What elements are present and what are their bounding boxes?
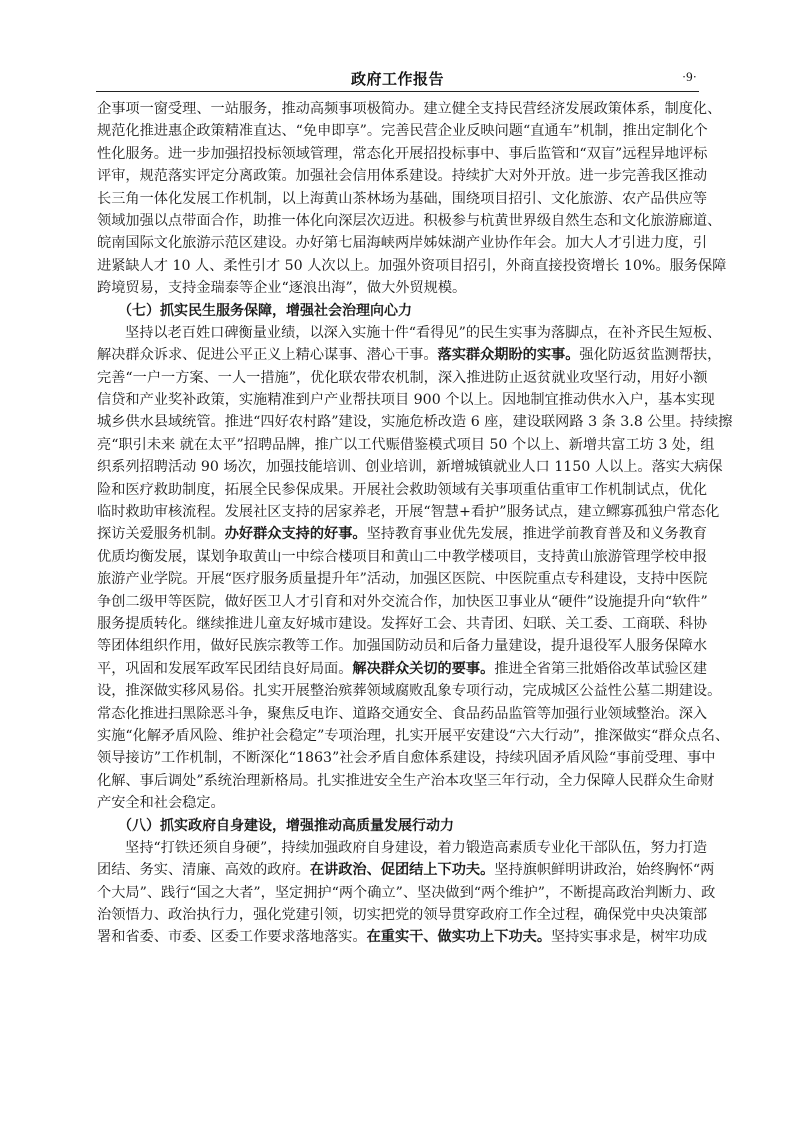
text-run: 坚持教育事业优先发展，推进学前教育普及和义务教育 <box>367 526 708 542</box>
body-text-line: 实施“化解矛盾风险、维护社会稳定”专项治理，扎实开展平安建设“六大行动”，推深做… <box>97 725 699 747</box>
text-run: 亮“职引未来 就在太平”招聘品牌，推广以工代赈借鉴模式项目 50 个以上、新增共… <box>97 437 714 453</box>
text-run: （七）抓实民生服务保障，增强社会治理向心力 <box>118 303 412 319</box>
body-text-line: 长三角一体化发展工作机制，以上海黄山茶林场为基础，围绕项目招引、文化旅游、农产品… <box>97 188 699 210</box>
header-title: 政府工作报告 <box>96 68 699 89</box>
text-run: 坚持旗帜鲜明讲政治，始终胸怀“两 <box>494 862 714 878</box>
text-run: 优质均衡发展，谋划争取黄山一中综合楼项目和黄山二中教学楼项目，支持黄山旅游管理学… <box>97 549 707 565</box>
text-run: 平，巩固和发展军政军民团结良好局面。 <box>97 661 352 677</box>
body-text-line: 领导接访”工作机制，不断深化“1863”社会矛盾自愈体系建设，持续巩固矛盾风险“… <box>97 747 699 769</box>
body-text-line: 署和省委、市委、区委工作要求落地落实。在重实干、做实功上下功夫。坚持实事求是，树… <box>97 926 699 948</box>
body-text-line: 规范化推进惠企政策精准直达、“免申即享”。完善民营企业反映问题“直通车”机制，推… <box>97 120 699 142</box>
emphasis-phrase: 在讲政治、促团结上下功夫。 <box>310 862 494 878</box>
body-text-line: 信贷和产业奖补政策，实施精准到户产业帮扶项目 900 个以上。因地制宜推动供水入… <box>97 389 699 411</box>
body-text-line: 险和医疗救助制度，拓展全民参保成果。开展社会救助领域有关事项重估重审工作机制试点… <box>97 479 699 501</box>
body-text-line: 设，推深做实移风易俗。扎实开展整治殡葬领域腐败乱象专项行动，完成城区公益性公墓二… <box>97 680 699 702</box>
body-text-line: 治领悟力、政治执行力，强化党建引领，切实把党的领导贯穿政府工作全过程，确保党中央… <box>97 904 699 926</box>
body-text-line: 优质均衡发展，谋划争取黄山一中综合楼项目和黄山二中教学楼项目，支持黄山旅游管理学… <box>97 546 699 568</box>
body-text-line: 产安全和社会稳定。 <box>97 792 699 814</box>
body-text-line: 跨境贸易，支持金瑞泰等企业“逐浪出海”，做大外贸规模。 <box>97 277 699 299</box>
text-run: 城乡供水县域统管。推进“四好农村路”建设，实施危桥改造 6 座，建设联网路 3 … <box>97 414 733 430</box>
text-run: 旅游产业学院。开展“医疗服务质量提升年”活动，加强区医院、中医院重点专科建设，支… <box>97 571 707 587</box>
body-text-line: 性化服务。进一步加强招投标领域管理，常态化开展招投标事中、事后监管和“双盲”远程… <box>97 143 699 165</box>
text-run: 服务提质转化。继续推进儿童友好城市建设。发挥好工会、共青团、妇联、关工委、工商联… <box>97 616 707 632</box>
text-run: 争创二级甲等医院，做好医卫人才引育和对外交流合作，加快医卫事业从“硬件”设施提升… <box>97 594 708 610</box>
emphasis-phrase: 在重实干、做实功上下功夫。 <box>367 929 551 945</box>
body-text-line: 评审，规范落实评定分离政策。加强社会信用体系建设。持续扩大对外开放。进一步完善我… <box>97 165 699 187</box>
body-text-line: 个大局”、践行“国之大者”，坚定拥护“两个确立”、坚决做到“两个维护”，不断提高… <box>97 882 699 904</box>
text-run: 长三角一体化发展工作机制，以上海黄山茶林场为基础，围绕项目招引、文化旅游、农产品… <box>97 191 707 207</box>
text-run: 团结、务实、清廉、高效的政府。 <box>97 862 310 878</box>
text-run: 皖南国际文化旅游示范区建设。办好第七届海峡两岸姊妹湖产业协作年会。加大人才引进力… <box>97 235 707 251</box>
text-run: 化解、事后调处”系统治理新格局。扎实推进安全生产治本攻坚三年行动，全力保障人民群… <box>97 773 714 789</box>
section-heading: （七）抓实民生服务保障，增强社会治理向心力 <box>97 300 699 322</box>
body-text-line: 常态化推进扫黑除恶斗争，聚焦反电诈、道路交通安全、食品药品监管等加强行业领域整治… <box>97 703 699 725</box>
body-text-line: 坚持“打铁还须自身硬”，持续加强政府自身建设，着力锻造高素质专业化干部队伍，努力… <box>97 837 699 859</box>
text-run: 临时救助审核流程。发展社区支持的居家养老，开展“智慧+看护”服务试点，建立鳏寡孤… <box>97 504 719 520</box>
text-run: 坚持实事求是，树牢功成 <box>551 929 707 945</box>
text-run: 解决群众诉求、促进公平正义上精心谋事、潜心干事。 <box>97 347 438 363</box>
body-text-line: 平，巩固和发展军政军民团结良好局面。解决群众关切的要事。推进全省第三批婚俗改革试… <box>97 658 699 680</box>
text-run: 治领悟力、政治执行力，强化党建引领，切实把党的领导贯穿政府工作全过程，确保党中央… <box>97 907 707 923</box>
body-text-line: 服务提质转化。继续推进儿童友好城市建设。发挥好工会、共青团、妇联、关工委、工商联… <box>97 613 699 635</box>
text-run: 跨境贸易，支持金瑞泰等企业“逐浪出海”，做大外贸规模。 <box>97 280 466 296</box>
body-text-line: 旅游产业学院。开展“医疗服务质量提升年”活动，加强区医院、中医院重点专科建设，支… <box>97 568 699 590</box>
emphasis-phrase: 落实群众期盼的实事。 <box>438 347 580 363</box>
header-divider <box>96 91 699 92</box>
text-run: 进紧缺人才 10 人、柔性引才 50 人次以上。加强外资项目招引，外商直接投资增… <box>97 258 726 274</box>
text-run: 探访关爱服务机制。 <box>97 526 225 542</box>
text-run: 完善“一户一方案、一人一措施”，优化联农带农机制，深入推进防止返贫就业攻坚行动，… <box>97 370 707 386</box>
text-run: 产安全和社会稳定。 <box>97 795 225 811</box>
text-run: 常态化推进扫黑除恶斗争，聚焦反电诈、道路交通安全、食品药品监管等加强行业领域整治… <box>97 706 707 722</box>
text-run: 信贷和产业奖补政策，实施精准到户产业帮扶项目 900 个以上。因地制宜推动供水入… <box>97 392 715 408</box>
text-run: 坚持以老百姓口碑衡量业绩，以深入实施十件“看得见”的民生实事为落脚点，在补齐民生… <box>125 325 721 341</box>
text-run: 署和省委、市委、区委工作要求落地落实。 <box>97 929 367 945</box>
body-text-line: 织系列招聘活动 90 场次，加强技能培训、创业培训，新增城镇就业人口 1150 … <box>97 456 699 478</box>
text-run: 坚持“打铁还须自身硬”，持续加强政府自身建设，着力锻造高素质专业化干部队伍，努力… <box>125 840 707 856</box>
body-text-line: 亮“职引未来 就在太平”招聘品牌，推广以工代赈借鉴模式项目 50 个以上、新增共… <box>97 434 699 456</box>
emphasis-phrase: 办好群众支持的好事。 <box>225 526 367 542</box>
body-text-line: 团结、务实、清廉、高效的政府。在讲政治、促团结上下功夫。坚持旗帜鲜明讲政治，始终… <box>97 859 699 881</box>
body-text-line: 等团体组织作用，做好民族宗教等工作。加强国防动员和后备力量建设，提升退役军人服务… <box>97 635 699 657</box>
text-run: 等团体组织作用，做好民族宗教等工作。加强国防动员和后备力量建设，提升退役军人服务… <box>97 638 707 654</box>
body-text-line: 争创二级甲等医院，做好医卫人才引育和对外交流合作，加快医卫事业从“硬件”设施提升… <box>97 591 699 613</box>
text-run: 实施“化解矛盾风险、维护社会稳定”专项治理，扎实开展平安建设“六大行动”，推深做… <box>97 728 729 744</box>
text-run: 企事项一窗受理、一站服务，推动高频事项极简办。建立健全支持民营经济发展政策体系，… <box>97 101 721 117</box>
text-run: 险和医疗救助制度，拓展全民参保成果。开展社会救助领域有关事项重估重审工作机制试点… <box>97 482 707 498</box>
text-run: （八）抓实政府自身建设，增强推动高质量发展行动力 <box>118 818 454 834</box>
body-text-line: 皖南国际文化旅游示范区建设。办好第七届海峡两岸姊妹湖产业协作年会。加大人才引进力… <box>97 232 699 254</box>
body-text-line: 化解、事后调处”系统治理新格局。扎实推进安全生产治本攻坚三年行动，全力保障人民群… <box>97 770 699 792</box>
text-run: 强化防返贫监测帮扶， <box>579 347 721 363</box>
text-run: 规范化推进惠企政策精准直达、“免申即享”。完善民营企业反映问题“直通车”机制，推… <box>97 123 708 139</box>
text-run: 领导接访”工作机制，不断深化“1863”社会矛盾自愈体系建设，持续巩固矛盾风险“… <box>97 750 715 766</box>
body-text-line: 进紧缺人才 10 人、柔性引才 50 人次以上。加强外资项目招引，外商直接投资增… <box>97 255 699 277</box>
body-text-line: 企事项一窗受理、一站服务，推动高频事项极简办。建立健全支持民营经济发展政策体系，… <box>97 98 699 120</box>
section-heading: （八）抓实政府自身建设，增强推动高质量发展行动力 <box>97 815 699 837</box>
body-text-line: 城乡供水县域统管。推进“四好农村路”建设，实施危桥改造 6 座，建设联网路 3 … <box>97 411 699 433</box>
text-run: 设，推深做实移风易俗。扎实开展整治殡葬领域腐败乱象专项行动，完成城区公益性公墓二… <box>97 683 721 699</box>
text-run: 个大局”、践行“国之大者”，坚定拥护“两个确立”、坚决做到“两个维护”，不断提高… <box>97 885 715 901</box>
text-run: 性化服务。进一步加强招投标领域管理，常态化开展招投标事中、事后监管和“双盲”远程… <box>97 146 707 162</box>
body-text-line: 领域加强以点带面合作，助推一体化向深层次迈进。积极参与杭黄世界级自然生态和文化旅… <box>97 210 699 232</box>
body-text-line: 探访关爱服务机制。办好群众支持的好事。坚持教育事业优先发展，推进学前教育普及和义… <box>97 523 699 545</box>
body-text-line: 解决群众诉求、促进公平正义上精心谋事、潜心干事。落实群众期盼的实事。强化防返贫监… <box>97 344 699 366</box>
emphasis-phrase: 解决群众关切的要事。 <box>352 661 494 677</box>
text-run: 评审，规范落实评定分离政策。加强社会信用体系建设。持续扩大对外开放。进一步完善我… <box>97 168 707 184</box>
text-run: 推进全省第三批婚俗改革试验区建 <box>494 661 707 677</box>
text-run: 织系列招聘活动 90 场次，加强技能培训、创业培训，新增城镇就业人口 1150 … <box>97 459 723 475</box>
body-text-line: 坚持以老百姓口碑衡量业绩，以深入实施十件“看得见”的民生实事为落脚点，在补齐民生… <box>97 322 699 344</box>
body-text-line: 临时救助审核流程。发展社区支持的居家养老，开展“智慧+看护”服务试点，建立鳏寡孤… <box>97 501 699 523</box>
page-number: ·9· <box>682 69 697 85</box>
running-header: 政府工作报告 ·9· <box>96 68 699 90</box>
body-text-line: 完善“一户一方案、一人一措施”，优化联农带农机制，深入推进防止返贫就业攻坚行动，… <box>97 367 699 389</box>
text-run: 领域加强以点带面合作，助推一体化向深层次迈进。积极参与杭黄世界级自然生态和文化旅… <box>97 213 721 229</box>
report-body: 企事项一窗受理、一站服务，推动高频事项极简办。建立健全支持民营经济发展政策体系，… <box>97 98 699 949</box>
